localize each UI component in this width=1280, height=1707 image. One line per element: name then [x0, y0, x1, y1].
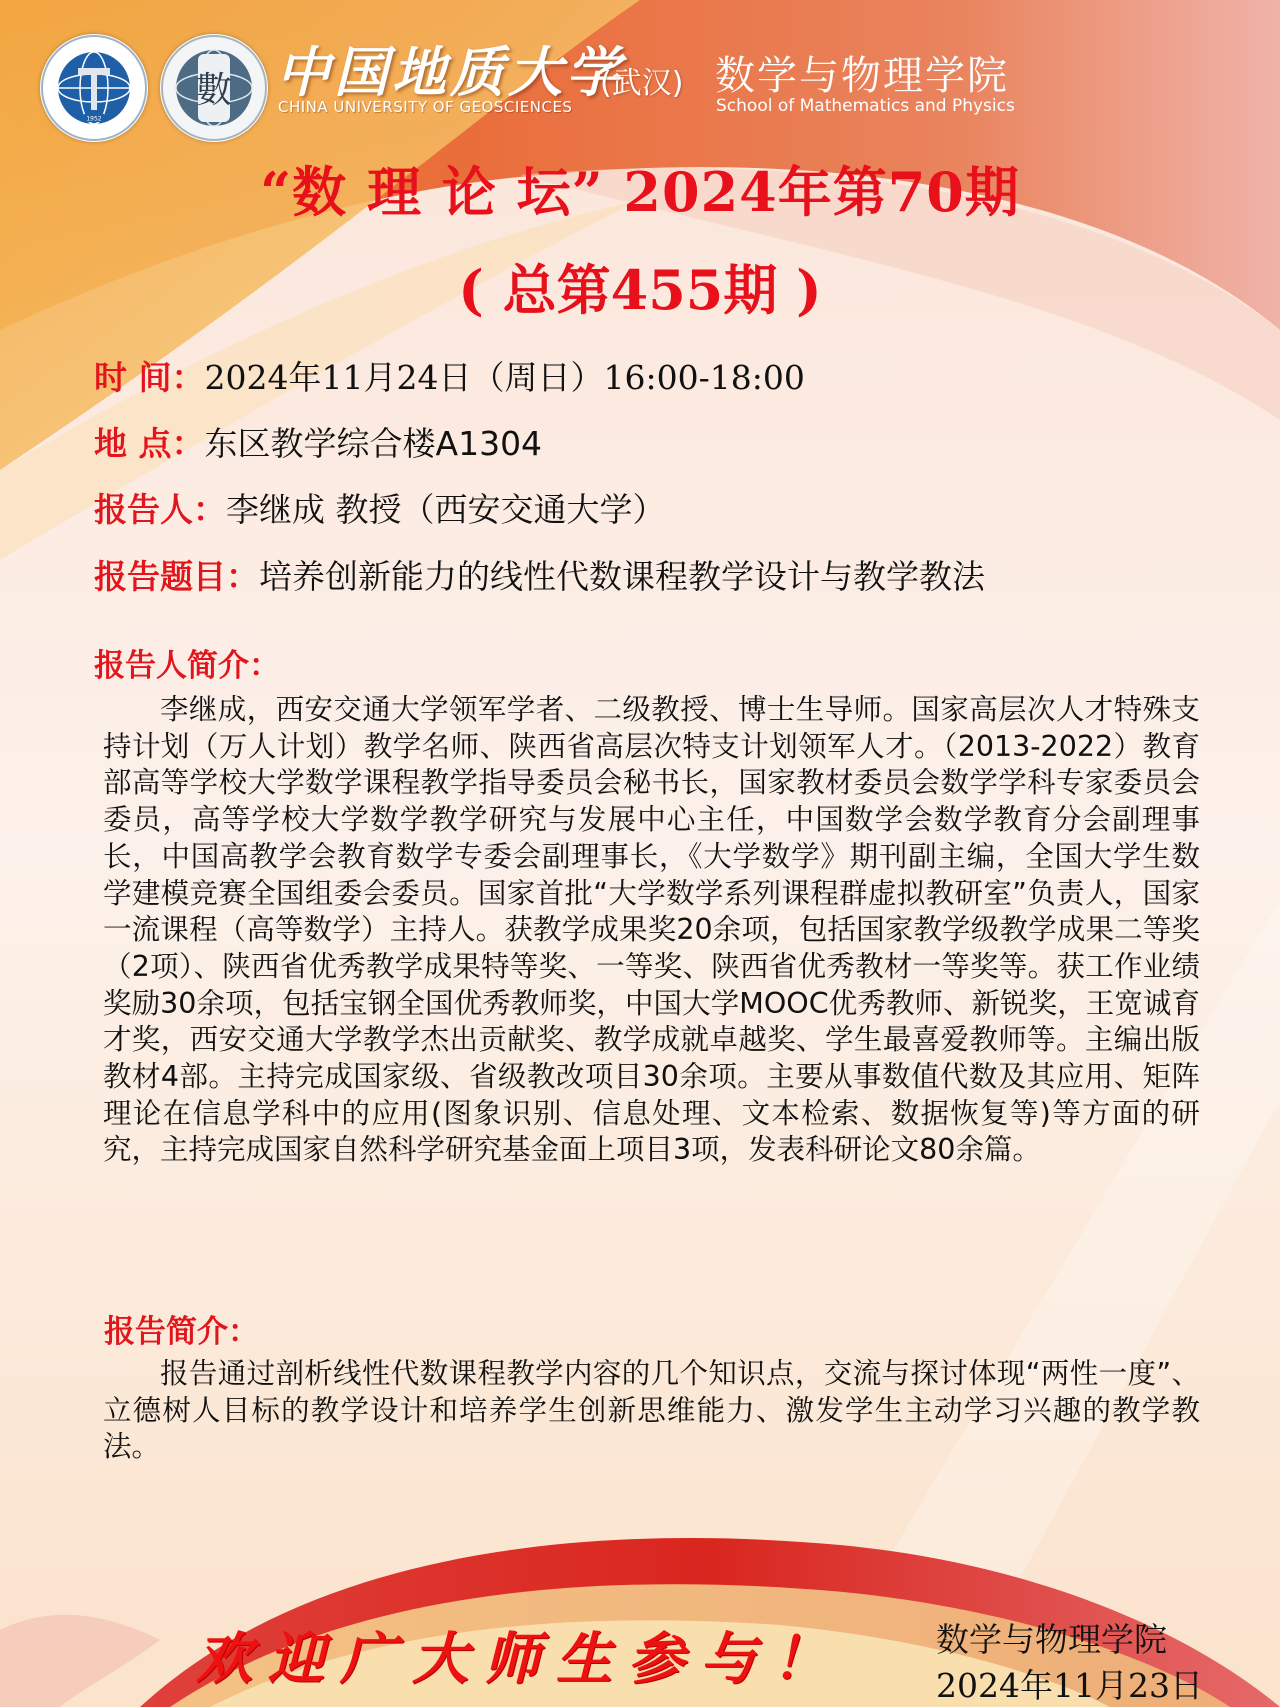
info-speaker-label: 报告人： [94, 490, 226, 529]
campus-label: (武汉) [600, 58, 683, 102]
info-time-label: 时 间： [94, 358, 205, 397]
university-name-en: CHINA UNIVERSITY OF GEOSCIENCES [278, 98, 572, 116]
talk-abstract-heading: 报告简介： [104, 1306, 259, 1351]
info-topic-value: 培养创新能力的线性代数课程教学设计与教学教法 [259, 557, 985, 596]
welcome-message: 欢迎广大师生参与！ [196, 1615, 844, 1695]
info-speaker-value: 李继成 教授（西安交通大学） [226, 490, 666, 529]
school-emblem-icon: 數 [160, 34, 268, 142]
school-name-en: School of Mathematics and Physics [716, 96, 1015, 116]
school-name-cn: 数学与物理学院 [715, 44, 1009, 101]
info-location: 地 点：东区教学综合楼A1304 [94, 418, 542, 465]
forum-issue-total: ( 总第455期 ) [0, 248, 1280, 325]
info-location-value: 东区教学综合楼A1304 [205, 424, 543, 463]
svg-text:1952: 1952 [86, 116, 101, 123]
info-time: 时 间：2024年11月24日（周日）16:00-18:00 [94, 352, 805, 399]
forum-title: “数 理 论 坛” 2024年第70期 [0, 150, 1280, 227]
university-name-cn: 中国地质大学 [276, 30, 624, 107]
info-topic-label: 报告题目： [94, 557, 259, 596]
speaker-bio-heading: 报告人简介： [94, 640, 280, 685]
issue-date: 2024年11月23日 [936, 1660, 1203, 1707]
university-emblem-icon: 1952 [40, 34, 148, 142]
info-topic: 报告题目：培养创新能力的线性代数课程教学设计与教学教法 [94, 551, 985, 598]
info-time-value: 2024年11月24日（周日）16:00-18:00 [205, 358, 805, 397]
organizer-signature: 数学与物理学院 [936, 1614, 1167, 1661]
talk-abstract-text: 报告通过剖析线性代数课程教学内容的几个知识点，交流与探讨体现“两性一度”、立德树… [103, 1356, 1200, 1466]
speaker-bio-text: 李继成，西安交通大学领军学者、二级教授、博士生导师。国家高层次人才特殊支持计划（… [103, 692, 1200, 1169]
info-speaker: 报告人：李继成 教授（西安交通大学） [94, 484, 666, 531]
info-location-label: 地 点： [94, 424, 205, 463]
svg-text:數: 數 [196, 70, 232, 111]
